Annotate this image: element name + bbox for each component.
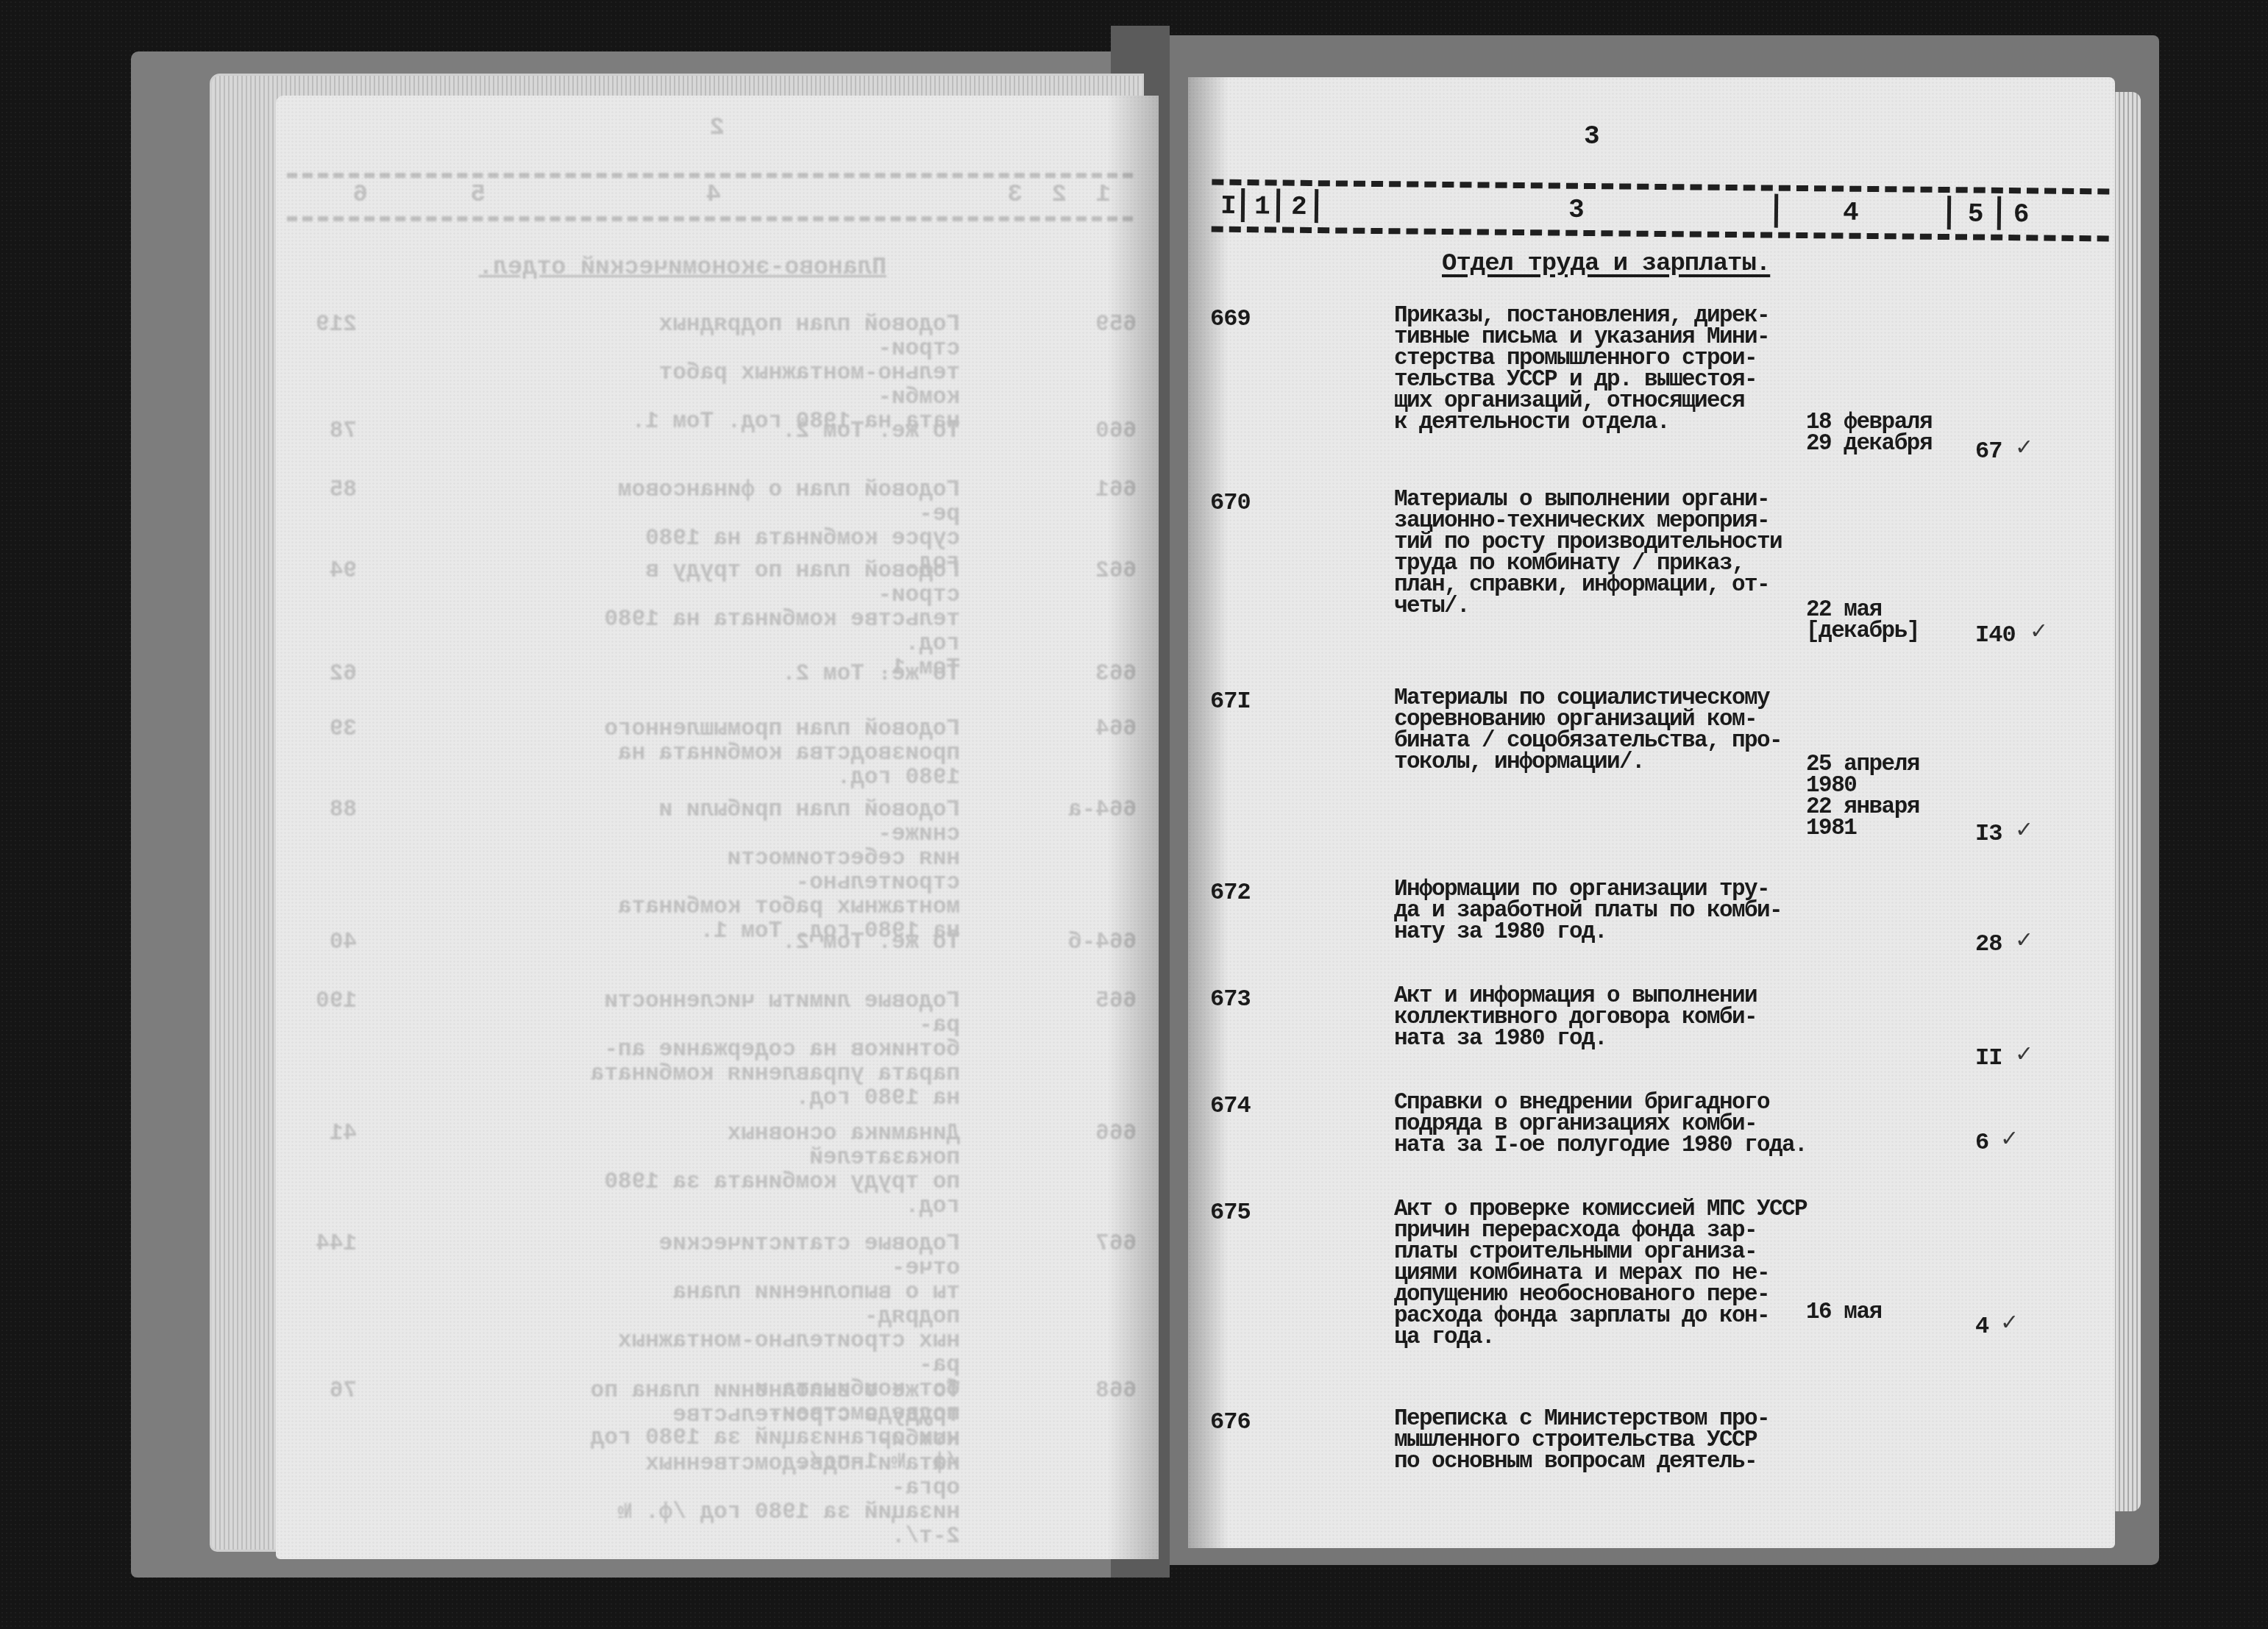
ghost-entry-sheets: 78 xyxy=(330,419,357,443)
col-header-I: I xyxy=(1220,191,1237,221)
col-separator xyxy=(1315,189,1318,223)
entry-title: Приказы, постановления, дирек- тивные пи… xyxy=(1394,305,1850,433)
check-mark-icon: ✓ xyxy=(2000,1310,2019,1336)
col-header-1: 1 xyxy=(1254,191,1270,221)
col-header-6: 6 xyxy=(2013,199,2030,229)
entry-title: Переписка с Министерством про- мышленног… xyxy=(1394,1408,1850,1472)
ghost-entry-number: 661 xyxy=(1095,478,1137,502)
col-header-4: 4 xyxy=(1843,198,1859,228)
left-page-column-header: 1 2 3 4 5 6 xyxy=(287,173,1133,221)
entry-sheet-count: I3 xyxy=(1975,820,2002,847)
check-mark-icon: ✓ xyxy=(2015,435,2033,460)
col-separator xyxy=(1241,188,1245,222)
ghost-entry-sheets: 88 xyxy=(330,798,357,822)
ghost-entry-sheets: 85 xyxy=(330,478,357,502)
left-page-show-through: 2 1 2 3 4 5 6 Планово-экономический отде… xyxy=(276,96,1159,1559)
check-mark-icon: ✓ xyxy=(2000,1126,2019,1152)
col-header-2: 2 xyxy=(1291,192,1307,222)
entry-title: Информации по организации тру- да и зара… xyxy=(1394,879,1850,943)
entry-sheet-count: 28 xyxy=(1975,930,2002,958)
right-page: 3 I 1 2 3 4 5 6 Отдел труда и зарплаты. … xyxy=(1188,77,2115,1548)
col-separator xyxy=(1276,189,1280,223)
left-page-number: 2 xyxy=(710,114,725,142)
page-stack-right xyxy=(2111,92,2141,1511)
entry-title: Справки о внедрении бригадного подряда в… xyxy=(1394,1092,1850,1156)
ghost-entry-number: 662 xyxy=(1095,559,1137,583)
entry-number: 674 xyxy=(1210,1092,1251,1119)
ghost-entry-number: 664-а xyxy=(1068,798,1137,822)
entry-number: 673 xyxy=(1210,985,1251,1013)
col-header: 5 xyxy=(471,181,486,209)
ghost-entry-sheets: 41 xyxy=(330,1122,357,1146)
entry-title: Материалы по социалистическому соревнова… xyxy=(1394,688,1850,773)
entry-number: 672 xyxy=(1210,879,1251,906)
col-header: 2 xyxy=(1052,181,1067,209)
col-header-5: 5 xyxy=(1968,199,1984,229)
ghost-entry-sheets: 76 xyxy=(330,1379,357,1403)
ghost-entry-sheets: 144 xyxy=(316,1232,357,1256)
ghost-entry-number: 664-б xyxy=(1068,930,1137,955)
ghost-entry-number: 664 xyxy=(1095,717,1137,741)
col-separator xyxy=(1997,196,2001,230)
entry-number: 676 xyxy=(1210,1408,1251,1436)
entry-title: Материалы о выполнении органи- зационно-… xyxy=(1394,489,1850,617)
col-separator xyxy=(1774,194,1778,228)
entry-title: Акт о проверке комиссией МПС УССР причин… xyxy=(1394,1199,1850,1348)
left-section-title: Планово-экономический отдел. xyxy=(479,254,887,281)
ghost-entry-title: Годовой план подрядных строи- тельно-мон… xyxy=(577,313,960,434)
entry-dates: 22 мая [декабрь] xyxy=(1806,599,1953,642)
entry-sheet-count: 67 xyxy=(1975,438,2002,465)
ghost-entry-sheets: 190 xyxy=(316,989,357,1013)
entry-number: 675 xyxy=(1210,1199,1251,1226)
left-page: 2 1 2 3 4 5 6 Планово-экономический отде… xyxy=(276,96,1159,1559)
ghost-entry-title: Годовой план прибыли и сниже- ния себест… xyxy=(577,798,960,944)
ghost-entry-sheets: 94 xyxy=(330,559,357,583)
entry-dates: 18 февраля 29 декабря xyxy=(1806,412,1953,455)
entry-number: 67I xyxy=(1210,688,1251,715)
ghost-entry-title: Годовые лимиты численности ра- ботников … xyxy=(577,989,960,1111)
ghost-entry-sheets: 40 xyxy=(330,930,357,955)
ghost-entry-title: То же о выполнении плана по труду в стро… xyxy=(577,1379,960,1549)
ghost-entry-sheets: 39 xyxy=(330,717,357,741)
section-title: Отдел труда и зарплаты. xyxy=(1442,250,1770,278)
ghost-entry-number: 660 xyxy=(1095,419,1137,443)
ghost-entry-title: Годовой план промышленного производства … xyxy=(577,717,960,790)
col-header: 4 xyxy=(706,181,721,209)
entry-number: 670 xyxy=(1210,489,1251,516)
ghost-entry-title: То же. Том 2. xyxy=(577,419,960,443)
check-mark-icon: ✓ xyxy=(2015,1041,2033,1067)
entry-sheet-count: 6 xyxy=(1975,1129,1988,1156)
ghost-entry-number: 659 xyxy=(1095,313,1137,337)
col-header-3: 3 xyxy=(1568,195,1585,225)
check-mark-icon: ✓ xyxy=(2015,927,2033,953)
col-header: 6 xyxy=(353,181,368,209)
ghost-entry-sheets: 219 xyxy=(316,313,357,337)
entry-sheet-count: 4 xyxy=(1975,1313,1988,1340)
ghost-entry-number: 668 xyxy=(1095,1379,1137,1403)
ghost-entry-title: То же. Том 2. xyxy=(577,662,960,686)
entry-dates: 16 мая xyxy=(1806,1302,1953,1323)
ghost-entry-title: То же. Том 2. xyxy=(577,930,960,955)
entry-sheet-count: I40 xyxy=(1975,621,2016,649)
entry-title: Акт и информация о выполнении коллективн… xyxy=(1394,985,1850,1049)
check-mark-icon: ✓ xyxy=(2030,619,2048,644)
page-number: 3 xyxy=(1584,121,1600,152)
ghost-entry-number: 665 xyxy=(1095,989,1137,1013)
col-header: 1 xyxy=(1096,181,1111,209)
ghost-entry-number: 666 xyxy=(1095,1122,1137,1146)
ghost-entry-number: 667 xyxy=(1095,1232,1137,1256)
ghost-entry-title: Динамика основных показателей по труду к… xyxy=(577,1122,960,1219)
entry-dates: 25 апреля 1980 22 января 1981 xyxy=(1806,754,1953,839)
col-header: 3 xyxy=(1008,181,1023,209)
entry-sheet-count: II xyxy=(1975,1044,2002,1072)
ghost-entry-number: 663 xyxy=(1095,662,1137,686)
col-separator xyxy=(1947,196,1951,229)
check-mark-icon: ✓ xyxy=(2015,817,2033,843)
ghost-entry-sheets: 62 xyxy=(330,662,357,686)
column-header-row: I 1 2 3 4 5 6 xyxy=(1212,179,2110,242)
entry-number: 669 xyxy=(1210,305,1251,332)
